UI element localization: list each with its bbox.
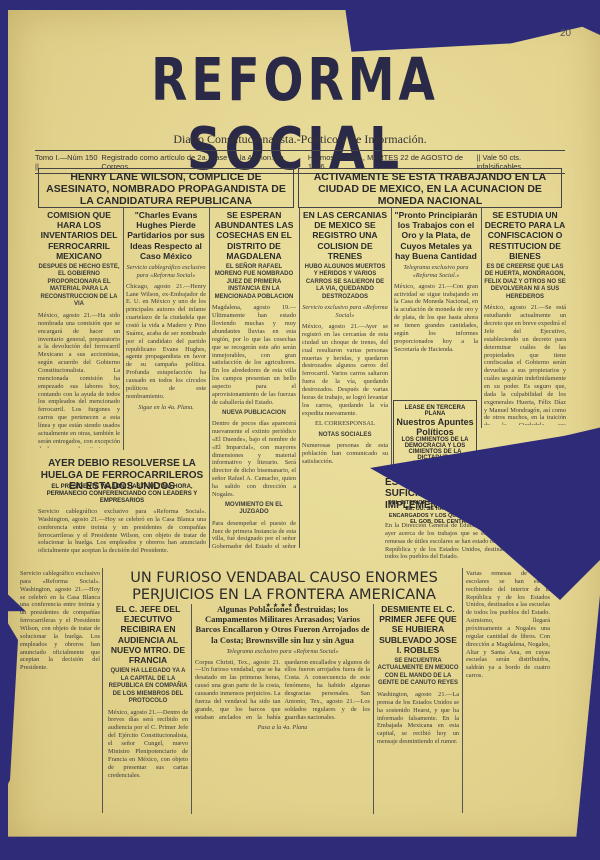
torn-paper-overlay: [0, 0, 600, 860]
corner-mark: 20: [560, 28, 571, 39]
